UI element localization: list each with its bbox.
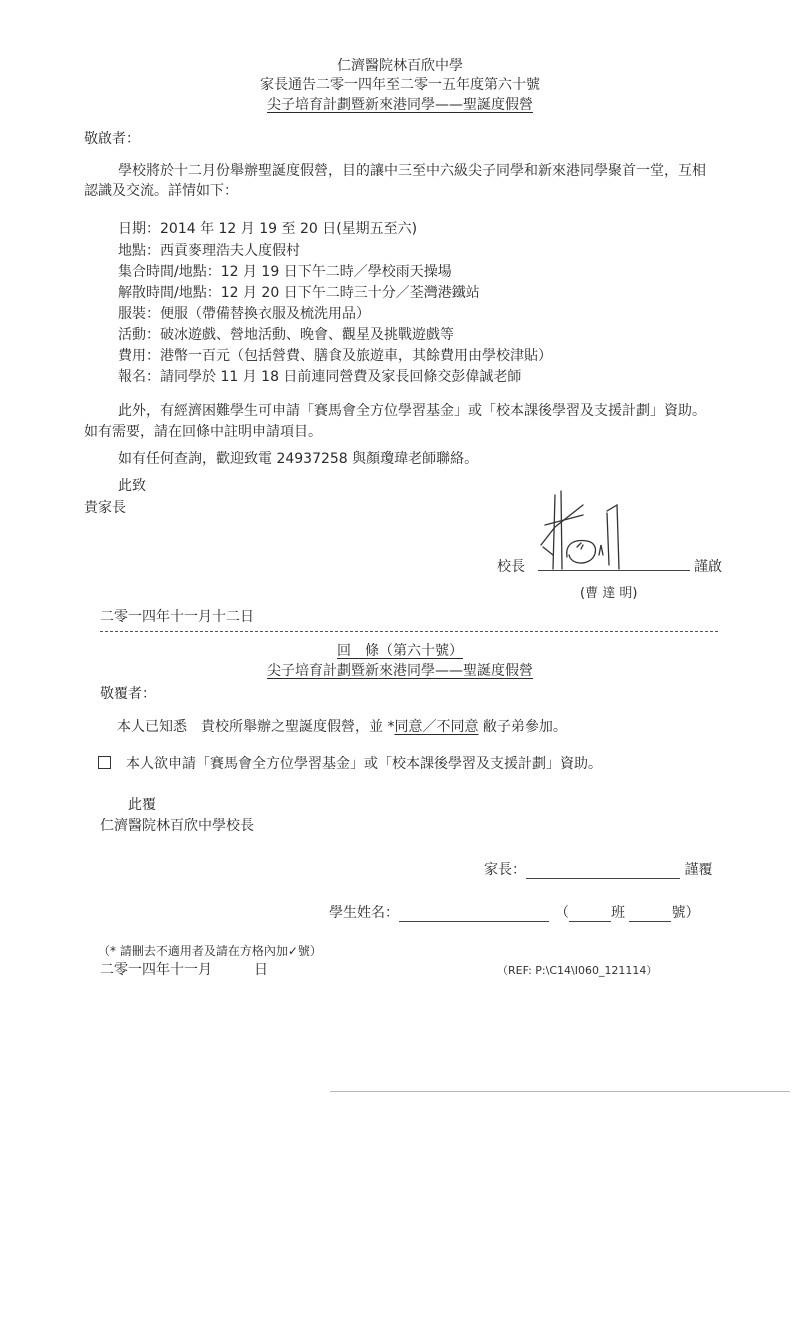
- subsidy-line-2: 如有需要，請在回條中註明申請項目。: [84, 421, 322, 441]
- notice-title: 尖子培育計劃暨新來港同學——聖誕度假營: [267, 97, 533, 113]
- detail-value: 12 月 20 日下午二時三十分／荃灣港鐵站: [221, 285, 480, 301]
- parent-signature-row: 家長： 謹覆: [484, 859, 712, 879]
- school-name: 仁濟醫院林百欣中學: [0, 55, 800, 75]
- class-label: 班: [611, 905, 625, 921]
- instruction-note: （* 請刪去不適用者及請在方格內加✓號）: [98, 942, 322, 959]
- reply-addressee: 仁濟醫院林百欣中學校長: [100, 815, 254, 835]
- reply-title-wrap: 回 條（第六十號）: [0, 640, 800, 660]
- reply-subtitle-wrap: 尖子培育計劃暨新來港同學——聖誕度假營: [0, 660, 800, 680]
- reply-closing: 此覆: [128, 794, 156, 814]
- detail-dismissal: 解散時間/地點：12 月 20 日下午二時三十分／荃灣港鐵站: [118, 282, 480, 302]
- reply-subtitle: 尖子培育計劃暨新來港同學——聖誕度假營: [267, 663, 533, 679]
- consent-suffix: 敝子弟參加。: [478, 719, 566, 735]
- number-field[interactable]: [629, 907, 671, 922]
- detail-label: 費用：: [118, 348, 160, 364]
- student-row: 學生姓名：（班 號）: [329, 902, 699, 922]
- detail-label: 地點：: [118, 243, 160, 259]
- notice-number: 家長通告二零一四年至二零一五年度第六十號: [0, 74, 800, 94]
- detail-value: 請同學於 11 月 18 日前連同營費及家長回條交彭偉誠老師: [160, 369, 521, 385]
- parent-signature-field[interactable]: [526, 864, 680, 879]
- subsidy-checkbox[interactable]: [98, 756, 111, 769]
- addressee: 貴家長: [84, 497, 126, 517]
- enquiry: 如有任何查詢，歡迎致電 24937258 與顏瓊瑋老師聯絡。: [118, 448, 478, 468]
- consent-statement: 本人已知悉 貴校所舉辦之聖誕度假營，並 *同意／不同意 敝子弟參加。: [117, 716, 567, 736]
- detail-assembly: 集合時間/地點：12 月 19 日下午二時／學校雨天操場: [118, 261, 452, 281]
- student-name-label: 學生姓名：: [329, 905, 399, 921]
- detail-value: 12 月 19 日下午二時／學校雨天操場: [221, 264, 452, 280]
- detail-label: 日期：: [118, 221, 160, 237]
- detail-label: 活動：: [118, 327, 160, 343]
- signature-icon: [535, 485, 655, 575]
- number-label: 號）: [671, 905, 699, 921]
- detail-date: 日期：2014 年 12 月 19 至 20 日(星期五至六): [118, 218, 417, 238]
- detail-value: 2014 年 12 月 19 至 20 日(星期五至六): [160, 221, 417, 237]
- intro-line-2: 認識及交流。詳情如下：: [84, 180, 238, 200]
- detail-activities: 活動：破冰遊戲、營地活動、晚會、觀星及挑戰遊戲等: [118, 324, 454, 344]
- parent-label: 家長：: [484, 862, 526, 878]
- subsidy-line-1: 此外，有經濟困難學生可申請「賽馬會全方位學習基金」或「校本課後學習及支援計劃」資…: [118, 400, 706, 420]
- reference-code: （REF: P:\C14\I060_121114）: [497, 962, 657, 978]
- detail-label: 報名：: [118, 369, 160, 385]
- detail-value: 西貢麥理浩夫人度假村: [160, 243, 300, 259]
- closing: 此致: [118, 475, 146, 495]
- detail-registration: 報名：請同學於 11 月 18 日前連同營費及家長回條交彭偉誠老師: [118, 366, 521, 386]
- principal-name: (曹 達 明): [580, 582, 637, 601]
- class-open-paren: （: [555, 905, 569, 921]
- detail-value: 港幣一百元（包括營費、膳食及旅遊車，其餘費用由學校津貼）: [160, 348, 552, 364]
- scan-artifact-line: [330, 1091, 790, 1092]
- detail-label: 集合時間/地點：: [118, 264, 221, 280]
- detail-fee: 費用：港幣一百元（包括營費、膳食及旅遊車，其餘費用由學校津貼）: [118, 345, 552, 365]
- principal-label: 校長: [497, 556, 525, 576]
- reply-date: 二零一四年十一月 日: [100, 959, 268, 979]
- notice-title-wrap: 尖子培育計劃暨新來港同學——聖誕度假營: [0, 94, 800, 114]
- salutation: 敬啟者：: [84, 128, 140, 148]
- cut-line: [100, 631, 718, 632]
- detail-label: 服裝：: [118, 306, 160, 322]
- reply-salutation: 敬覆者：: [100, 683, 156, 703]
- intro-line-1: 學校將於十二月份舉辦聖誕度假營，目的讓中三至中六級尖子同學和新來港同學聚首一堂，…: [118, 160, 706, 180]
- class-field[interactable]: [569, 907, 611, 922]
- detail-value: 破冰遊戲、營地活動、晚會、觀星及挑戰遊戲等: [160, 327, 454, 343]
- principal-suffix: 謹啟: [694, 556, 722, 576]
- consent-option[interactable]: 同意／不同意: [394, 719, 478, 735]
- detail-value: 便服（帶備替換衣服及梳洗用品）: [160, 306, 370, 322]
- student-name-field[interactable]: [399, 907, 549, 922]
- detail-attire: 服裝：便服（帶備替換衣服及梳洗用品）: [118, 303, 370, 323]
- consent-prefix: 本人已知悉 貴校所舉辦之聖誕度假營，並 *: [117, 719, 394, 735]
- letter-date: 二零一四年十一月十二日: [100, 606, 254, 626]
- detail-venue: 地點：西貢麥理浩夫人度假村: [118, 240, 300, 260]
- reply-title: 回 條（第六十號）: [337, 643, 463, 659]
- subsidy-checkbox-label: 本人欲申請「賽馬會全方位學習基金」或「校本課後學習及支援計劃」資助。: [126, 753, 602, 773]
- detail-label: 解散時間/地點：: [118, 285, 221, 301]
- parent-suffix: 謹覆: [684, 862, 712, 878]
